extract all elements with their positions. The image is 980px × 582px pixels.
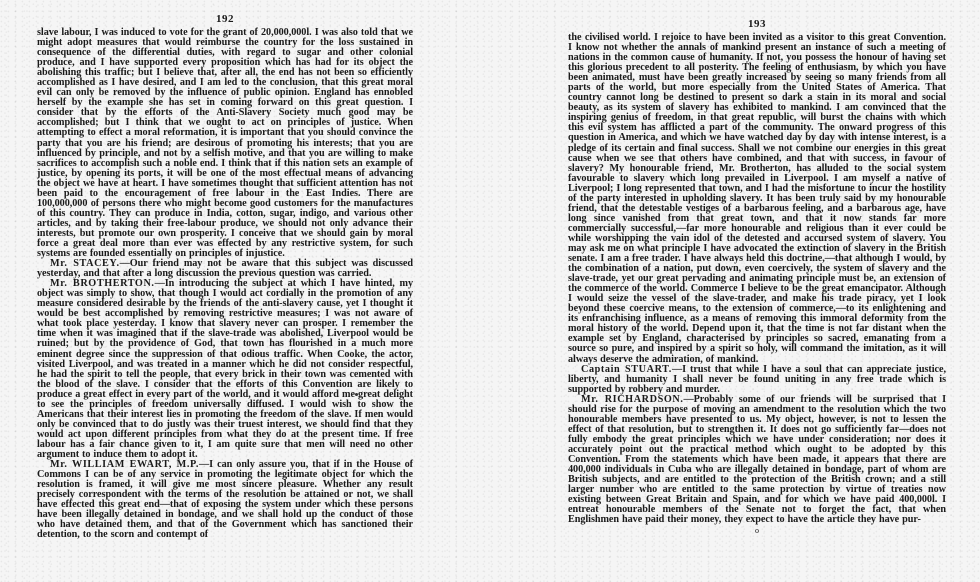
paragraph: Captain STUART.—I trust that while I hav… [568, 365, 946, 395]
paragraph-text: —Probably some of our friends will be su… [568, 394, 946, 526]
paragraph-text: the civilised world. I rejoice to have b… [568, 32, 946, 365]
right-page: 193 the civilised world. I rejoice to ha… [568, 0, 946, 535]
ink-spot [355, 393, 358, 396]
paragraph: Mr. BROTHERTON.—In introducing the subje… [37, 279, 413, 460]
left-page: 192 slave labour, I was induced to vote … [37, 0, 413, 540]
paragraph: slave labour, I was induced to vote for … [37, 28, 413, 259]
paragraph: Mr. WILLIAM EWART, M.P.—I can only assur… [37, 460, 413, 540]
paragraph-text: —In introducing the subject at which I h… [37, 278, 413, 460]
page-number: 192 [37, 13, 413, 25]
paragraph: the civilised world. I rejoice to have b… [568, 33, 946, 365]
page-number: 193 [568, 18, 946, 30]
signature-mark: o [568, 526, 946, 535]
page-body: slave labour, I was induced to vote for … [37, 28, 413, 540]
paragraph-text: slave labour, I was induced to vote for … [37, 27, 413, 259]
paragraph: Mr. STACEY.—Our friend may not be aware … [37, 259, 413, 279]
page-body: the civilised world. I rejoice to have b… [568, 33, 946, 525]
paragraph: Mr. RICHARDSON.—Probably some of our fri… [568, 395, 946, 526]
paragraph-text: —I can only assure you, that if in the H… [37, 459, 413, 540]
